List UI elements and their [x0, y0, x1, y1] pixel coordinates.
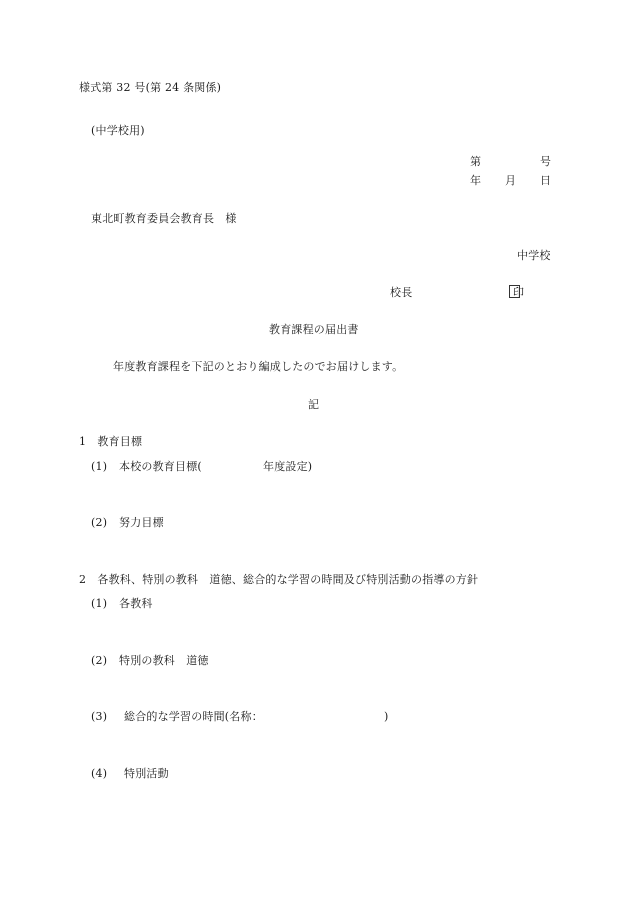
section-1-item-2-num: (2) [91, 516, 107, 530]
section-1-item-1-label: 本校の教育目標( [119, 460, 202, 474]
doc-number-dai: 第 [470, 155, 481, 169]
section-2-item-3-num: (3) [91, 710, 107, 724]
date-month: 月 [505, 174, 516, 188]
section-2-item-3-label: 総合的な学習の時間(名称： [124, 710, 263, 724]
date-year: 年 [470, 174, 481, 188]
section-1-item-2-label: 努力目標 [119, 516, 164, 530]
section-1-item-1-num: (1) [91, 460, 107, 474]
section-2-item-4-label: 特別活動 [124, 767, 169, 781]
seal-box-icon [509, 285, 520, 298]
ki-label: 記 [308, 398, 319, 412]
school-type-label: (中学校用) [91, 124, 145, 138]
section-1-heading: 1 教育目標 [79, 435, 142, 449]
document-page: 様式第 32 号(第 24 条関係) (中学校用) 第 号 年 月 日 東北町教… [0, 0, 630, 903]
section-2-item-1-num: (1) [91, 597, 107, 611]
section-2-item-4-num: (4) [91, 767, 107, 781]
principal-label: 校長 [390, 286, 412, 300]
intro-text: 年度教育課程を下記のとおり編成したのでお届けします。 [113, 360, 403, 374]
form-number: 様式第 32 号(第 24 条関係) [79, 81, 221, 95]
section-2-item-2-label: 特別の教科 道徳 [119, 654, 209, 668]
sender-school: 中学校 [517, 249, 551, 263]
section-2-item-1-label: 各教科 [119, 597, 153, 611]
addressee: 東北町教育委員会教育長 様 [91, 212, 237, 226]
section-2-item-2-num: (2) [91, 654, 107, 668]
section-2-heading: 2 各教科、特別の教科 道徳、総合的な学習の時間及び特別活動の指導の方針 [79, 573, 478, 587]
document-title: 教育課程の届出書 [269, 323, 359, 337]
section-2-item-3-suffix: ) [384, 710, 389, 724]
date-day: 日 [540, 174, 551, 188]
doc-number-go: 号 [540, 155, 551, 169]
section-1-item-1-suffix: 年度設定) [263, 460, 312, 474]
